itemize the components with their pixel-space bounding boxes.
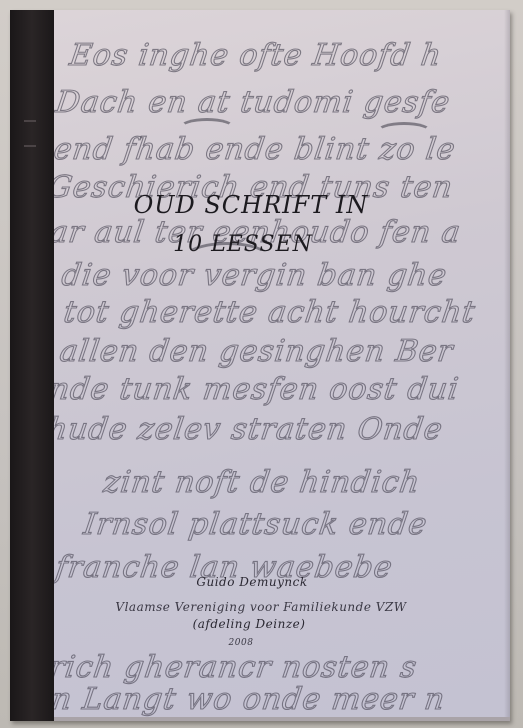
publisher-branch: (afdeling Deinze) [54,617,510,631]
cover-right-edge [504,10,510,721]
pen-flourish [179,118,235,138]
author-name: Guido Demuynck [54,575,510,589]
booklet: Eos inghe ofte Hoofd h Dach en at tudomi… [10,10,510,721]
spine-mark [24,145,36,147]
script-line: Eos inghe ofte Hoofd h [68,38,445,73]
script-line: allen den gesinghen Ber [58,334,456,369]
front-cover: Eos inghe ofte Hoofd h Dach en at tudomi… [54,10,510,721]
spine-mark [24,120,36,122]
cover-bottom-edge [54,717,510,721]
handwritten-script-background: Eos inghe ofte Hoofd h Dach en at tudomi… [54,10,510,721]
pen-flourish [376,122,432,142]
script-line: Irnsol plattsuck ende [82,507,430,542]
script-line: Dach en at tudomi gesfe [54,85,453,120]
publisher-name: Vlaamse Vereniging voor Familiekunde VZW [54,600,510,614]
book-title-line-1: OUD SCHRIFT IN [54,193,510,217]
script-line: rich gherancr nosten s [54,650,419,685]
publication-year: 2008 [54,638,510,648]
script-line: tot gherette acht hourcht [62,295,478,330]
black-spine-strip [10,10,54,721]
script-line: nde tunk mesfen oost dui [54,372,461,407]
book-title-line-2: 10 LESSEN [54,234,510,256]
script-line: hude zelev straten Onde [54,412,445,447]
script-line: n Langt wo onde meer n [54,682,448,717]
script-line: zint noft de hindich [102,465,423,500]
